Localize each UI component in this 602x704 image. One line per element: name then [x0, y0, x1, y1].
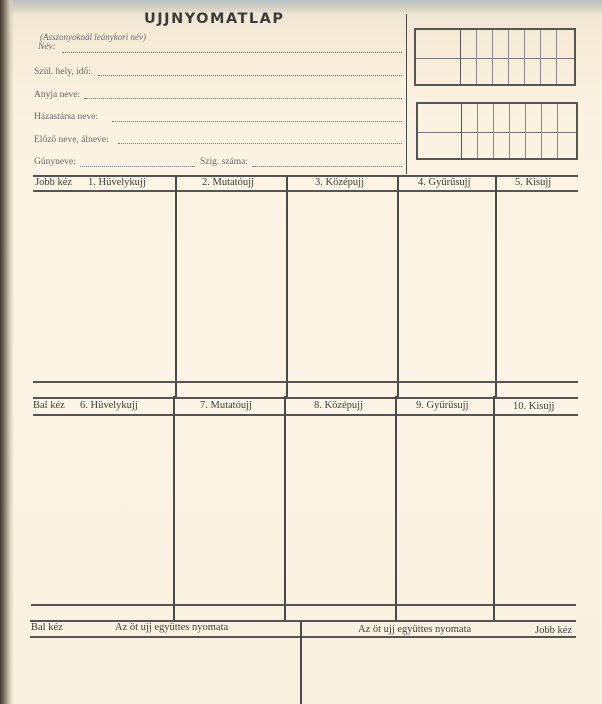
left-hand-bottom-rule [31, 604, 576, 606]
finger-7-label: 7. Mutatóujj [200, 400, 252, 411]
name-label: Név: [38, 42, 56, 52]
classification-box-1[interactable] [414, 28, 576, 86]
print-area-finger-6[interactable] [33, 416, 173, 604]
print-area-finger-10[interactable] [495, 416, 577, 604]
id-number-label: Szig. száma: [200, 157, 248, 167]
finger-10-label: 10. Kisujj [513, 401, 554, 412]
header-divider [406, 14, 407, 174]
name-field[interactable] [62, 52, 402, 53]
finger-3-label: 3. Középujj [315, 177, 364, 188]
print-area-finger-7[interactable] [175, 416, 284, 604]
print-area-finger-3[interactable] [288, 192, 397, 380]
plain-right-hand-label: Jobb kéz [535, 625, 572, 636]
nickname-label: Gúnyneve: [34, 157, 76, 167]
left-hand-top-rule [33, 397, 578, 399]
right-hand-bottom-rule [33, 381, 578, 383]
birth-label: Szül. hely, idő: [34, 67, 91, 77]
print-area-finger-2[interactable] [177, 192, 286, 380]
finger-2-label: 2. Mutatóujj [202, 177, 254, 188]
finger-5-label: 5. Kisujj [515, 177, 551, 188]
plain-top-rule [30, 620, 576, 622]
birth-field[interactable] [98, 75, 402, 76]
previous-name-label: Előző neve, álneve: [34, 135, 109, 145]
id-number-field[interactable] [252, 166, 402, 167]
print-area-finger-4[interactable] [399, 192, 495, 380]
print-area-finger-8[interactable] [286, 416, 395, 604]
plain-print-area-right[interactable] [302, 638, 576, 704]
spouse-field[interactable] [112, 121, 402, 122]
mother-field[interactable] [84, 98, 402, 99]
print-area-finger-5[interactable] [497, 192, 578, 380]
maiden-name-note: (Asszonyoknál leánykori név) [40, 32, 146, 42]
finger-6-label: 6. Hüvelykujj [80, 400, 138, 411]
mother-label: Anyja neve: [34, 90, 80, 100]
form-title: UJJNYOMATLAP [144, 11, 285, 27]
finger-9-label: 9. Gyűrűsujj [416, 400, 469, 411]
scan-left-edge [0, 0, 14, 704]
plain-print-area-left[interactable] [30, 638, 300, 704]
finger-1-label: 1. Hüvelykujj [88, 177, 146, 188]
previous-name-field[interactable] [118, 143, 402, 144]
nickname-field[interactable] [80, 166, 195, 167]
spouse-label: Házastársa neve: [34, 112, 98, 122]
left-hand-label: Bal kéz [33, 400, 65, 411]
plain-right-caption: Az öt ujj együttes nyomata [358, 624, 471, 635]
classification-box-2[interactable] [416, 102, 578, 160]
print-area-finger-9[interactable] [397, 416, 493, 604]
print-area-finger-1[interactable] [33, 192, 175, 380]
finger-4-label: 4. Gyűrűsujj [418, 177, 471, 188]
right-hand-label: Jobb kéz [35, 177, 72, 188]
plain-left-hand-label: Bal kéz [31, 622, 63, 633]
scan-top-edge [0, 0, 602, 14]
finger-8-label: 8. Középujj [314, 400, 363, 411]
plain-left-caption: Az öt ujj együttes nyomata [115, 622, 228, 633]
